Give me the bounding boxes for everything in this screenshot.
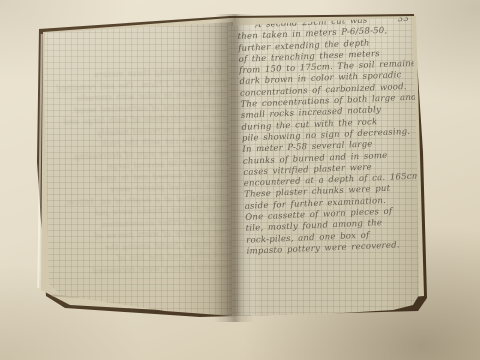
table-surface: of the trenching these meters from 150 t… bbox=[0, 0, 480, 360]
notebook: of the trenching these meters from 150 t… bbox=[30, 12, 430, 334]
handwriting-text-block: A second 25cm cut was 33 then taken in m… bbox=[237, 14, 423, 258]
right-page: A second 25cm cut was 33 then taken in m… bbox=[225, 12, 425, 324]
left-page: of the trenching these meters from 150 t… bbox=[35, 14, 235, 324]
ghost-bleed-through-text: of the trenching these meters from 150 t… bbox=[49, 65, 232, 278]
